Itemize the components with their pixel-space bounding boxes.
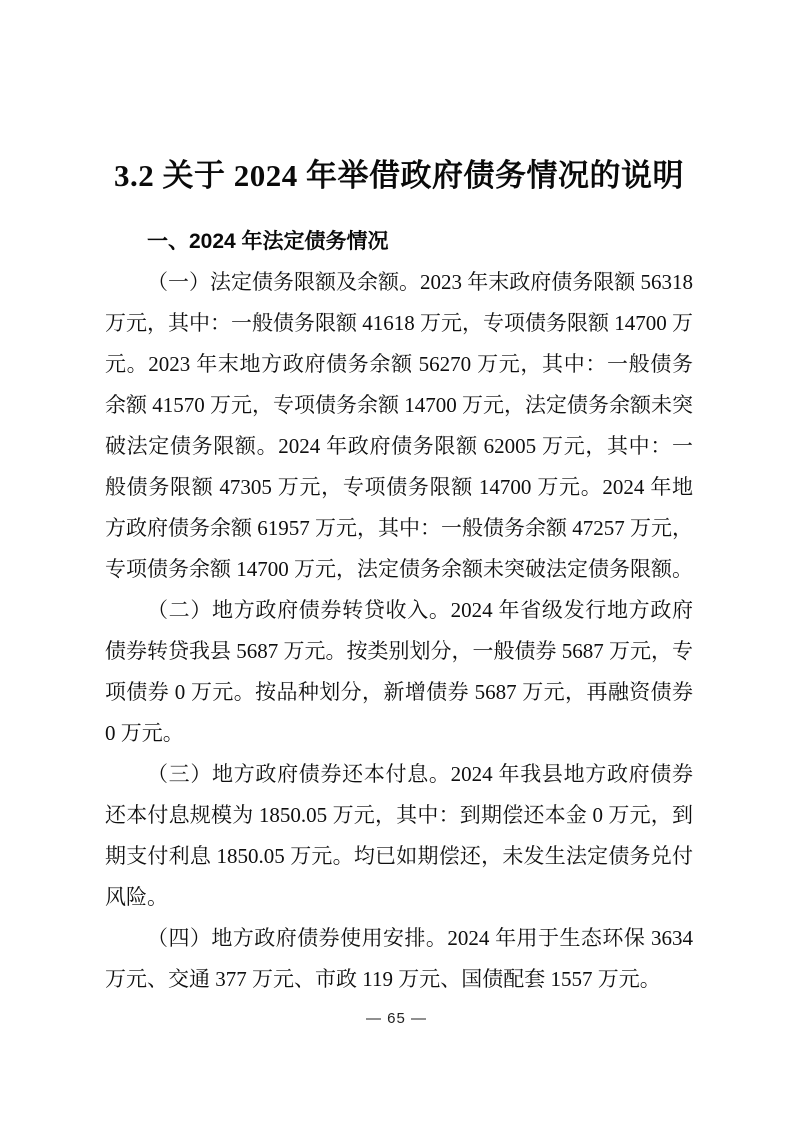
document-title: 3.2 关于 2024 年举借政府债务情况的说明 (105, 152, 693, 200)
paragraph-1-lead: （一）法定债务限额及余额。 (147, 270, 420, 294)
page-footer: — 65 — (0, 1010, 793, 1027)
paragraph-debt-limit-balance: （一）法定债务限额及余额。2023 年末政府债务限额 56318 万元，其中：一… (105, 262, 693, 590)
paragraph-principal-interest-repayment: （三）地方政府债券还本付息。2024 年我县地方政府债券还本付息规模为 1850… (105, 754, 693, 918)
paragraph-bond-usage-arrangement: （四）地方政府债券使用安排。2024 年用于生态环保 3634 万元、交通 37… (105, 918, 693, 1000)
paragraph-1-text: 2023 年末政府债务限额 56318 万元，其中：一般债务限额 41618 万… (105, 270, 693, 581)
paragraph-3-lead: （三）地方政府债券还本付息。 (147, 762, 451, 786)
paragraph-2-lead: （二）地方政府债券转贷收入。 (147, 598, 451, 622)
paragraph-4-lead: （四）地方政府债券使用安排。 (147, 926, 447, 950)
paragraph-bond-onlending-income: （二）地方政府债券转贷收入。2024 年省级发行地方政府债券转贷我县 5687 … (105, 590, 693, 754)
document-page: 3.2 关于 2024 年举借政府债务情况的说明 一、2024 年法定债务情况 … (0, 0, 793, 1122)
page-number: — 65 — (366, 1010, 427, 1027)
section-heading: 一、2024 年法定债务情况 (105, 230, 693, 254)
